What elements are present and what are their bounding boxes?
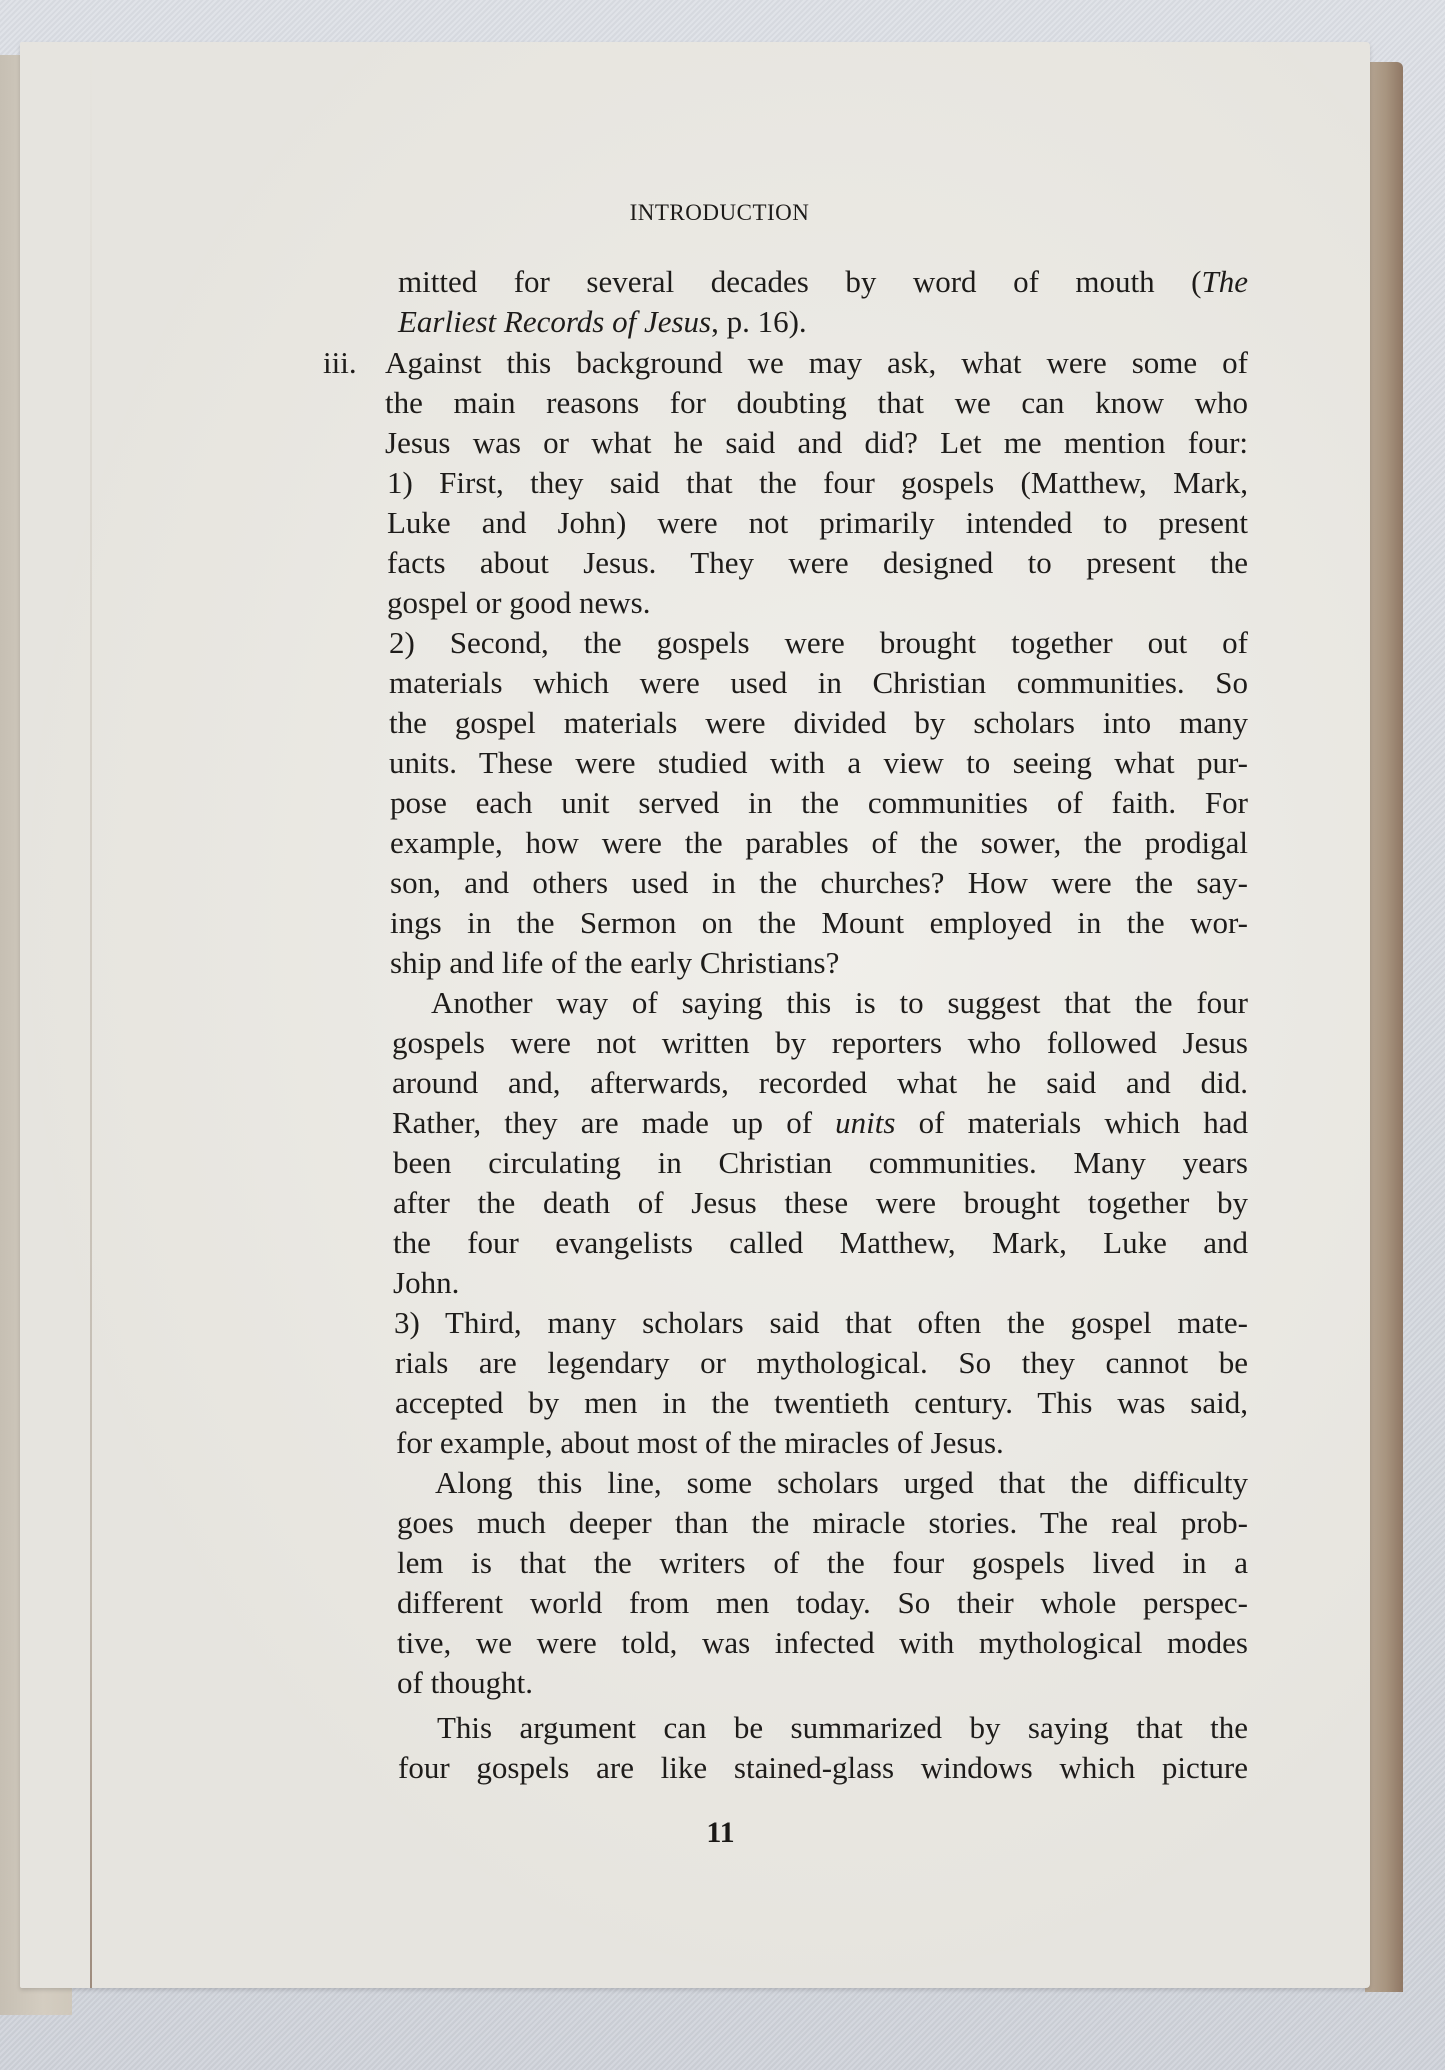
marker-text: iii. — [323, 345, 357, 380]
page-number: 11 — [0, 1816, 1445, 1850]
text-line: rials are legendary or mythological. So … — [395, 1343, 1248, 1383]
text-line: around and, afterwards, recorded what he… — [392, 1063, 1248, 1103]
text-line: pose each unit served in the communities… — [390, 783, 1248, 823]
line-text: Jesus was or what he said and did? Let m… — [385, 425, 1248, 460]
text-line: four gospels are like stained-glass wind… — [398, 1748, 1248, 1788]
text-line: after the death of Jesus these were brou… — [393, 1183, 1248, 1223]
line-text: Rather, they are made up of — [392, 1105, 835, 1140]
line-text: been circulating in Christian communitie… — [393, 1145, 1248, 1180]
book-title-italic: Earliest Records of Jesus — [398, 304, 711, 339]
text-line: of thought. — [397, 1663, 1248, 1703]
text-line: Luke and John) were not primarily intend… — [387, 503, 1248, 543]
text-line: accepted by men in the twentieth century… — [395, 1383, 1248, 1423]
line-text: units. These were studied with a view to… — [389, 745, 1248, 780]
line-text: tive, we were told, was infected with my… — [397, 1625, 1248, 1660]
text-line: ship and life of the early Christians? — [390, 943, 1248, 983]
running-head: INTRODUCTION — [0, 200, 1445, 226]
book-cover-edge — [1365, 62, 1403, 1992]
line-text: of thought. — [397, 1665, 533, 1700]
text-line: tive, we were told, was infected with my… — [397, 1623, 1248, 1663]
line-text: ings in the Sermon on the Mount employed… — [390, 905, 1248, 940]
line-text: Along this line, some scholars urged tha… — [435, 1465, 1248, 1500]
line-text: Against this background we may ask, what… — [385, 345, 1248, 380]
text-line: Earliest Records of Jesus, p. 16). — [398, 302, 1248, 342]
line-text: son, and others used in the churches? Ho… — [390, 865, 1248, 900]
text-line: ings in the Sermon on the Mount employed… — [390, 903, 1248, 943]
text-line: facts about Jesus. They were designed to… — [387, 543, 1248, 583]
line-text: the four evangelists called Matthew, Mar… — [393, 1225, 1248, 1260]
text-line: This argument can be summarized by sayin… — [437, 1708, 1248, 1748]
page-gutter — [90, 42, 92, 1988]
emphasis-italic: units — [835, 1105, 895, 1140]
running-head-text: INTRODUCTION — [630, 200, 810, 225]
list-marker-iii: iii. — [323, 343, 357, 383]
book-title-italic: The — [1202, 264, 1249, 299]
text-line: lem is that the writers of the four gosp… — [397, 1543, 1248, 1583]
line-text: example, how were the parables of the so… — [390, 825, 1248, 860]
line-text: accepted by men in the twentieth century… — [395, 1385, 1248, 1420]
text-line: example, how were the parables of the so… — [390, 823, 1248, 863]
text-line: been circulating in Christian communitie… — [393, 1143, 1248, 1183]
line-text: Luke and John) were not primarily intend… — [387, 505, 1248, 540]
line-text: of materials which had — [895, 1105, 1248, 1140]
line-text: mitted for several decades by word of mo… — [398, 264, 1202, 299]
text-line: Along this line, some scholars urged tha… — [435, 1463, 1248, 1503]
text-line: the main reasons for doubting that we ca… — [385, 383, 1248, 423]
text-line: mitted for several decades by word of mo… — [398, 262, 1248, 302]
line-text: facts about Jesus. They were designed to… — [387, 545, 1248, 580]
text-line: goes much deeper than the miracle storie… — [397, 1503, 1248, 1543]
line-text: the main reasons for doubting that we ca… — [385, 385, 1248, 420]
text-line: 1) First, they said that the four gospel… — [387, 463, 1248, 503]
text-line: gospels were not written by reporters wh… — [392, 1023, 1248, 1063]
line-text: four gospels are like stained-glass wind… — [398, 1750, 1248, 1785]
line-text: lem is that the writers of the four gosp… — [397, 1545, 1248, 1580]
line-text: the gospel materials were divided by sch… — [389, 705, 1248, 740]
text-line: gospel or good news. — [387, 583, 1248, 623]
text-line: 2) Second, the gospels were brought toge… — [389, 623, 1248, 663]
line-text: , p. 16). — [711, 304, 807, 339]
text-line: Rather, they are made up of units of mat… — [392, 1103, 1248, 1143]
page-number-text: 11 — [706, 1816, 734, 1849]
text-line: 3) Third, many scholars said that often … — [394, 1303, 1248, 1343]
line-text: 3) Third, many scholars said that often … — [394, 1305, 1248, 1340]
text-line: units. These were studied with a view to… — [389, 743, 1248, 783]
text-line: Another way of saying this is to suggest… — [431, 983, 1248, 1023]
line-text: 1) First, they said that the four gospel… — [387, 465, 1248, 500]
line-text: around and, afterwards, recorded what he… — [392, 1065, 1248, 1100]
text-line: the four evangelists called Matthew, Mar… — [393, 1223, 1248, 1263]
line-text: gospel or good news. — [387, 585, 650, 620]
line-text: ship and life of the early Christians? — [390, 945, 839, 980]
line-text: 2) Second, the gospels were brought toge… — [389, 625, 1248, 660]
text-line: Jesus was or what he said and did? Let m… — [385, 423, 1248, 463]
line-text: materials which were used in Christian c… — [389, 665, 1248, 700]
text-line: Against this background we may ask, what… — [385, 343, 1248, 383]
text-line: the gospel materials were divided by sch… — [389, 703, 1248, 743]
line-text: This argument can be summarized by sayin… — [437, 1710, 1248, 1745]
line-text: goes much deeper than the miracle storie… — [397, 1505, 1248, 1540]
line-text: different world from men today. So their… — [397, 1585, 1248, 1620]
line-text: John. — [393, 1265, 459, 1300]
text-line: materials which were used in Christian c… — [389, 663, 1248, 703]
text-line: John. — [393, 1263, 1248, 1303]
line-text: gospels were not written by reporters wh… — [392, 1025, 1248, 1060]
text-line: for example, about most of the miracles … — [396, 1423, 1248, 1463]
line-text: after the death of Jesus these were brou… — [393, 1185, 1248, 1220]
line-text: Another way of saying this is to suggest… — [431, 985, 1248, 1020]
line-text: pose each unit served in the communities… — [390, 785, 1248, 820]
line-text: for example, about most of the miracles … — [396, 1425, 1004, 1460]
line-text: rials are legendary or mythological. So … — [395, 1345, 1248, 1380]
text-line: different world from men today. So their… — [397, 1583, 1248, 1623]
text-line: son, and others used in the churches? Ho… — [390, 863, 1248, 903]
